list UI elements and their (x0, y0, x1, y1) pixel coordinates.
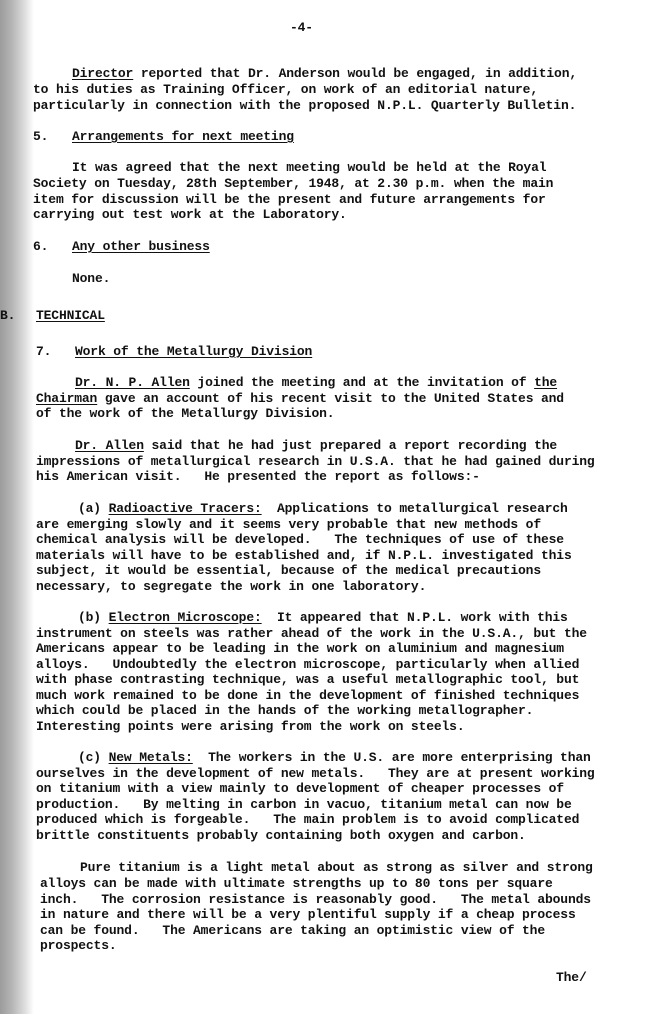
item-7-p1-line-1: Dr. N. P. Allen joined the meeting and a… (75, 375, 557, 390)
subitem-c-line-4: production. By melting in carbon in vacu… (36, 797, 572, 812)
director-paragraph-line-3: particularly in connection with the prop… (33, 98, 576, 113)
subitem-c-line-3: on titanium with a view mainly to develo… (36, 781, 564, 796)
subitem-a-line-2: are emerging slowly and it seems very pr… (36, 517, 541, 532)
subitem-c-line-2: ourselves in the development of new meta… (36, 766, 595, 781)
subitem-b-line-3: Americans appear to be leading in the wo… (36, 641, 564, 656)
subitem-b-line-6: much work remained to be done in the dev… (36, 688, 579, 703)
subitem-b-line-5: with phase contrasting technique, was a … (36, 672, 579, 687)
section-b-heading: TECHNICAL (36, 308, 105, 323)
item-7-p1-line-3: of the work of the Metallurgy Division. (36, 406, 334, 421)
item-5-line-1: It was agreed that the next meeting woul… (72, 160, 546, 175)
item-7-number: 7. (36, 344, 51, 359)
item-5-heading: Arrangements for next meeting (72, 129, 294, 144)
subitem-a-line-6: necessary, to segregate the work in one … (36, 579, 426, 594)
item-7-p2-line-1: Dr. Allen said that he had just prepared… (75, 438, 557, 453)
item-7-p2-line-3: his American visit. He presented the rep… (36, 469, 480, 484)
titanium-line-6: prospects. (40, 938, 117, 953)
subitem-b-line-8: Interesting points were arising from the… (36, 719, 464, 734)
subitem-a-line-5: subject, it would be essential, because … (36, 563, 541, 578)
subitem-c-line-5: produced which is forgeable. The main pr… (36, 812, 579, 827)
item-6-heading: Any other business (72, 239, 210, 254)
titanium-line-2: alloys can be made with ultimate strengt… (40, 876, 553, 891)
subitem-b-line-4: alloys. Undoubtedly the electron microsc… (36, 657, 579, 672)
subitem-a-line-4: materials will have to be established an… (36, 548, 572, 563)
item-5-number: 5. (33, 129, 48, 144)
director-paragraph-line-1: Director reported that Dr. Anderson woul… (72, 66, 577, 81)
titanium-line-4: in nature and there will be a very plent… (40, 907, 576, 922)
subitem-b-line-7: which could be placed in the hands of th… (36, 703, 533, 718)
item-7-p1-line-2: Chairman gave an account of his recent v… (36, 391, 564, 406)
catchword: The/ (556, 970, 587, 985)
item-7-heading: Work of the Metallurgy Division (75, 344, 312, 359)
item-7-p2-line-2: impressions of metallurgical research in… (36, 454, 595, 469)
subitem-a-title: Radioactive Tracers: (109, 501, 262, 516)
subitem-c-line-1: (c) New Metals: The workers in the U.S. … (78, 750, 591, 765)
document-page: -4- Director reported that Dr. Anderson … (0, 0, 650, 1014)
titanium-line-1: Pure titanium is a light metal about as … (80, 860, 593, 875)
director-paragraph-line-2: to his duties as Training Officer, on wo… (33, 82, 538, 97)
subitem-a-line-3: chemical analysis will be developed. The… (36, 532, 564, 547)
item-6-body: None. (72, 271, 110, 286)
director-name: Director (72, 66, 133, 81)
dr-allen-name: Dr. N. P. Allen (75, 375, 190, 390)
item-5-line-3: item for discussion will be the present … (33, 192, 546, 207)
page-number: -4- (290, 20, 313, 35)
chairman-name: Chairman (36, 391, 97, 406)
item-5-line-2: Society on Tuesday, 28th September, 1948… (33, 176, 553, 191)
subitem-a-line-1: (a) Radioactive Tracers: Applications to… (78, 501, 568, 516)
subitem-c-line-6: brittle constituents probably containing… (36, 828, 526, 843)
titanium-line-5: can be found. The Americans are taking a… (40, 923, 545, 938)
item-6-number: 6. (33, 239, 48, 254)
section-b-letter: B. (0, 308, 15, 323)
titanium-line-3: inch. The corrosion resistance is reason… (40, 892, 591, 907)
subitem-c-title: New Metals: (109, 750, 193, 765)
item-5-line-4: carrying out test work at the Laboratory… (33, 207, 347, 222)
subitem-b-line-2: instrument on steels was rather ahead of… (36, 626, 587, 641)
subitem-b-line-1: (b) Electron Microscope: It appeared tha… (78, 610, 568, 625)
subitem-b-title: Electron Microscope: (109, 610, 262, 625)
